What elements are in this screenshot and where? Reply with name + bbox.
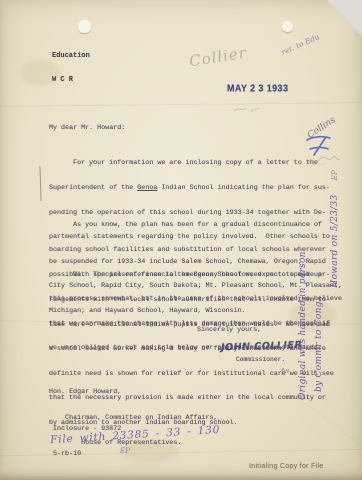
routing-note: ret. to Edu xyxy=(280,32,321,57)
education-stamp-line2: W C R xyxy=(52,76,90,84)
initialing-copy-stamp: Initialing Copy for File xyxy=(249,463,324,470)
p3-line3: take care of additional Indian pupils on… xyxy=(49,321,334,329)
signature-title: Commissioner. xyxy=(236,356,285,364)
enclosure-line2: 5-rb-10 xyxy=(53,450,121,458)
closing: Sincerely yours, xyxy=(197,326,261,334)
commissioner-initials: fw xyxy=(280,366,290,375)
vertical-margin-note: Original was handed in person by Commr t… xyxy=(295,170,355,400)
vertical-note-line3-text: Howard on 5/23/33 xyxy=(330,194,340,287)
p3-line1: With special reference to the Genoa Scho… xyxy=(49,271,334,279)
vertical-note-line1: Original was handed in person xyxy=(295,170,311,400)
paper-crease xyxy=(0,102,362,107)
letter-paper: Education W C R Collier ret. to Edu MAY … xyxy=(0,0,362,480)
p3-line2: rangements with the local school authori… xyxy=(49,296,334,304)
pencil-tick-marks xyxy=(231,103,261,115)
p1-line2-pre: Superintendent of the xyxy=(49,184,137,192)
staple-hole xyxy=(282,21,293,32)
salutation: My dear Mr. Howard: xyxy=(49,124,125,132)
vertical-note-line2: by Commr to Cong. xyxy=(311,170,327,400)
address-line1: Hon. Edgar Howard, xyxy=(49,388,218,397)
vertical-note-line3: Howard on 5/23/33EP xyxy=(327,170,343,400)
pencil-signature-scribble: Collier xyxy=(188,44,248,71)
date-received-stamp: MAY 2 3 1933 xyxy=(227,83,288,94)
education-office-stamp: Education W C R xyxy=(52,36,90,100)
file-note-initials: EP xyxy=(120,447,130,455)
p1-line1: For your information we are inclosing co… xyxy=(49,159,342,167)
scanned-letter-page: { "colors": { "paper": "#eae2ca", "typed… xyxy=(0,0,362,480)
margin-pencil-line xyxy=(39,166,41,201)
vertical-note-initials: EP xyxy=(331,170,339,180)
faint-pencil-scribble xyxy=(306,152,342,168)
p1-line2-underlined-genoa: Genoa xyxy=(137,184,157,192)
staple-hole xyxy=(78,20,91,33)
education-stamp-line1: Education xyxy=(52,52,90,60)
